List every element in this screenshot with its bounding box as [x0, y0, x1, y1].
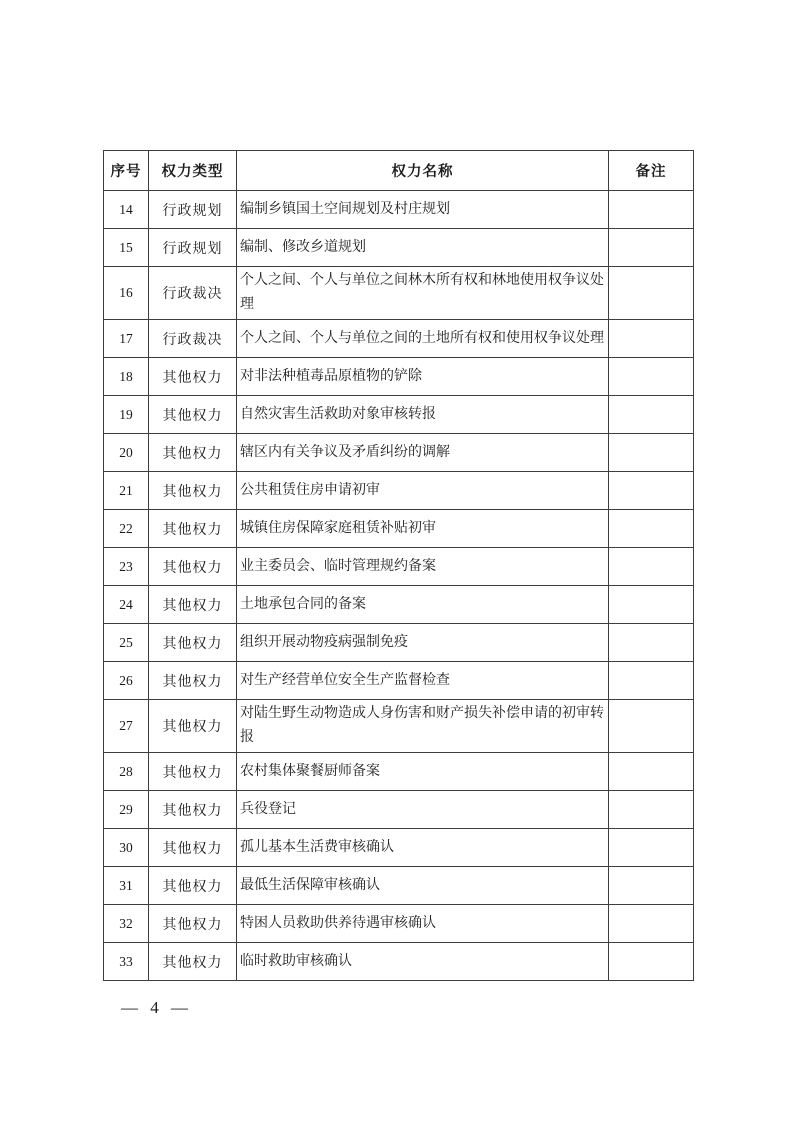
row-number-cell: 23: [104, 548, 149, 586]
row-number-cell: 33: [104, 943, 149, 981]
column-header-remark: 备注: [609, 151, 694, 191]
power-type-cell: 其他权力: [149, 867, 237, 905]
power-type-cell: 其他权力: [149, 791, 237, 829]
power-name-cell: 土地承包合同的备案: [237, 586, 609, 624]
power-name-cell: 个人之间、个人与单位之间林木所有权和林地使用权争议处理: [237, 267, 609, 320]
remark-cell: [609, 867, 694, 905]
remark-cell: [609, 472, 694, 510]
power-type-cell: 其他权力: [149, 943, 237, 981]
table-row: 15 行政规划 编制、修改乡道规划: [104, 229, 694, 267]
remark-cell: [609, 943, 694, 981]
table-row: 21 其他权力 公共租赁住房申请初审: [104, 472, 694, 510]
row-number-cell: 25: [104, 624, 149, 662]
power-type-cell: 其他权力: [149, 753, 237, 791]
row-number-cell: 31: [104, 867, 149, 905]
remark-cell: [609, 753, 694, 791]
power-type-cell: 其他权力: [149, 662, 237, 700]
power-name-cell: 城镇住房保障家庭租赁补贴初审: [237, 510, 609, 548]
table-row: 28 其他权力 农村集体聚餐厨师备案: [104, 753, 694, 791]
power-name-cell: 对陆生野生动物造成人身伤害和财产损失补偿申请的初审转报: [237, 700, 609, 753]
power-name-cell: 特困人员救助供养待遇审核确认: [237, 905, 609, 943]
remark-cell: [609, 624, 694, 662]
row-number-cell: 14: [104, 191, 149, 229]
power-list-table: 序号 权力类型 权力名称 备注 14 行政规划 编制乡镇国土空间规划及村庄规划 …: [103, 150, 694, 981]
remark-cell: [609, 434, 694, 472]
row-number-cell: 30: [104, 829, 149, 867]
power-type-cell: 其他权力: [149, 700, 237, 753]
power-name-cell: 对非法种植毒品原植物的铲除: [237, 358, 609, 396]
power-name-cell: 孤儿基本生活费审核确认: [237, 829, 609, 867]
row-number-cell: 29: [104, 791, 149, 829]
remark-cell: [609, 586, 694, 624]
table-row: 33 其他权力 临时救助审核确认: [104, 943, 694, 981]
table-row: 27 其他权力 对陆生野生动物造成人身伤害和财产损失补偿申请的初审转报: [104, 700, 694, 753]
remark-cell: [609, 229, 694, 267]
power-type-cell: 其他权力: [149, 624, 237, 662]
page-number: — 4 —: [121, 998, 189, 1018]
table-row: 26 其他权力 对生产经营单位安全生产监督检查: [104, 662, 694, 700]
power-type-cell: 其他权力: [149, 472, 237, 510]
row-number-cell: 28: [104, 753, 149, 791]
power-name-cell: 对生产经营单位安全生产监督检查: [237, 662, 609, 700]
row-number-cell: 24: [104, 586, 149, 624]
table-row: 19 其他权力 自然灾害生活救助对象审核转报: [104, 396, 694, 434]
row-number-cell: 22: [104, 510, 149, 548]
column-header-type: 权力类型: [149, 151, 237, 191]
power-name-cell: 编制乡镇国土空间规划及村庄规划: [237, 191, 609, 229]
table-row: 31 其他权力 最低生活保障审核确认: [104, 867, 694, 905]
power-name-cell: 组织开展动物疫病强制免疫: [237, 624, 609, 662]
power-type-cell: 其他权力: [149, 586, 237, 624]
power-type-cell: 其他权力: [149, 358, 237, 396]
remark-cell: [609, 267, 694, 320]
power-name-cell: 辖区内有关争议及矛盾纠纷的调解: [237, 434, 609, 472]
remark-cell: [609, 358, 694, 396]
power-name-cell: 业主委员会、临时管理规约备案: [237, 548, 609, 586]
power-name-cell: 兵役登记: [237, 791, 609, 829]
power-type-cell: 行政规划: [149, 229, 237, 267]
remark-cell: [609, 905, 694, 943]
table-row: 29 其他权力 兵役登记: [104, 791, 694, 829]
table-row: 24 其他权力 土地承包合同的备案: [104, 586, 694, 624]
row-number-cell: 26: [104, 662, 149, 700]
column-header-no: 序号: [104, 151, 149, 191]
power-type-cell: 行政裁决: [149, 320, 237, 358]
table-body: 14 行政规划 编制乡镇国土空间规划及村庄规划 15 行政规划 编制、修改乡道规…: [104, 191, 694, 981]
power-name-cell: 自然灾害生活救助对象审核转报: [237, 396, 609, 434]
power-type-cell: 行政规划: [149, 191, 237, 229]
row-number-cell: 16: [104, 267, 149, 320]
row-number-cell: 15: [104, 229, 149, 267]
power-name-cell: 公共租赁住房申请初审: [237, 472, 609, 510]
row-number-cell: 27: [104, 700, 149, 753]
power-name-cell: 农村集体聚餐厨师备案: [237, 753, 609, 791]
table-row: 20 其他权力 辖区内有关争议及矛盾纠纷的调解: [104, 434, 694, 472]
remark-cell: [609, 510, 694, 548]
power-name-cell: 编制、修改乡道规划: [237, 229, 609, 267]
power-type-cell: 其他权力: [149, 905, 237, 943]
remark-cell: [609, 548, 694, 586]
table-row: 30 其他权力 孤儿基本生活费审核确认: [104, 829, 694, 867]
power-type-cell: 其他权力: [149, 510, 237, 548]
table-header-row: 序号 权力类型 权力名称 备注: [104, 151, 694, 191]
row-number-cell: 17: [104, 320, 149, 358]
table-row: 18 其他权力 对非法种植毒品原植物的铲除: [104, 358, 694, 396]
column-header-name: 权力名称: [237, 151, 609, 191]
table-row: 16 行政裁决 个人之间、个人与单位之间林木所有权和林地使用权争议处理: [104, 267, 694, 320]
power-type-cell: 行政裁决: [149, 267, 237, 320]
table-row: 17 行政裁决 个人之间、个人与单位之间的土地所有权和使用权争议处理: [104, 320, 694, 358]
row-number-cell: 32: [104, 905, 149, 943]
remark-cell: [609, 700, 694, 753]
remark-cell: [609, 791, 694, 829]
remark-cell: [609, 396, 694, 434]
table-row: 25 其他权力 组织开展动物疫病强制免疫: [104, 624, 694, 662]
power-name-cell: 个人之间、个人与单位之间的土地所有权和使用权争议处理: [237, 320, 609, 358]
power-type-cell: 其他权力: [149, 396, 237, 434]
table-row: 32 其他权力 特困人员救助供养待遇审核确认: [104, 905, 694, 943]
row-number-cell: 19: [104, 396, 149, 434]
remark-cell: [609, 191, 694, 229]
power-type-cell: 其他权力: [149, 829, 237, 867]
table-row: 22 其他权力 城镇住房保障家庭租赁补贴初审: [104, 510, 694, 548]
document-page: 序号 权力类型 权力名称 备注 14 行政规划 编制乡镇国土空间规划及村庄规划 …: [0, 0, 793, 1122]
power-name-cell: 临时救助审核确认: [237, 943, 609, 981]
table-row: 14 行政规划 编制乡镇国土空间规划及村庄规划: [104, 191, 694, 229]
row-number-cell: 18: [104, 358, 149, 396]
remark-cell: [609, 320, 694, 358]
remark-cell: [609, 829, 694, 867]
table-row: 23 其他权力 业主委员会、临时管理规约备案: [104, 548, 694, 586]
row-number-cell: 20: [104, 434, 149, 472]
power-name-cell: 最低生活保障审核确认: [237, 867, 609, 905]
power-type-cell: 其他权力: [149, 434, 237, 472]
power-type-cell: 其他权力: [149, 548, 237, 586]
row-number-cell: 21: [104, 472, 149, 510]
remark-cell: [609, 662, 694, 700]
